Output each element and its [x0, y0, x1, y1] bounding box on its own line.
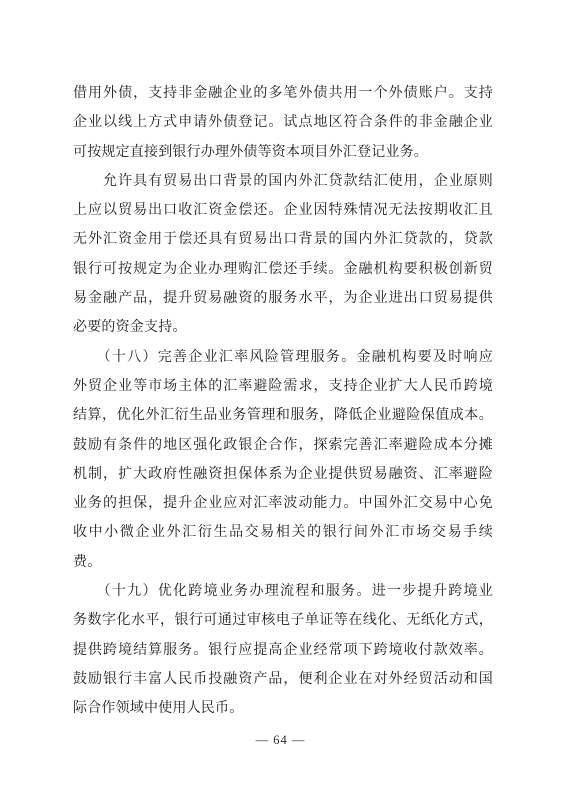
text-line: 鼓励银行丰富人民币投融资产品，便利企业在对外经贸活动和国 [73, 665, 493, 694]
text-line: 际合作领域中使用人民币。 [73, 694, 493, 723]
text-line: 企业以线上方式申请外债登记。试点地区符合条件的非金融企业 [73, 108, 493, 137]
text-line: 借用外债，支持非金融企业的多笔外债共用一个外债账户。支持 [73, 79, 493, 108]
document-page: 借用外债，支持非金融企业的多笔外债共用一个外债账户。支持企业以线上方式申请外债登… [0, 0, 561, 793]
text-line: 费。 [73, 548, 493, 577]
text-line: （十九）优化跨境业务办理流程和服务。进一步提升跨境业 [73, 577, 493, 606]
text-line: 可按规定直接到银行办理外债等资本项目外汇登记业务。 [73, 138, 493, 167]
text-line: 银行可按规定为企业办理购汇偿还手续。金融机构要积极创新贸 [73, 255, 493, 284]
text-line: 必要的资金支持。 [73, 313, 493, 342]
text-line: 提供跨境结算服务。银行应提高企业经常项下跨境收付款效率。 [73, 636, 493, 665]
document-body: 借用外债，支持非金融企业的多笔外债共用一个外债账户。支持企业以线上方式申请外债登… [73, 79, 493, 724]
text-line: 业务的担保，提升企业应对汇率波动能力。中国外汇交易中心免 [73, 489, 493, 518]
text-line: （十八）完善企业汇率风险管理服务。金融机构要及时响应 [73, 343, 493, 372]
text-line: 外贸企业等市场主体的汇率避险需求，支持企业扩大人民币跨境 [73, 372, 493, 401]
text-line: 务数字化水平，银行可通过审核电子单证等在线化、无纸化方式， [73, 606, 493, 635]
text-line: 机制，扩大政府性融资担保体系为企业提供贸易融资、汇率避险 [73, 460, 493, 489]
text-line: 结算，优化外汇衍生品业务管理和服务，降低企业避险保值成本。 [73, 401, 493, 430]
page-number: — 64 — [0, 731, 561, 749]
text-line: 允许具有贸易出口背景的国内外汇贷款结汇使用，企业原则 [73, 167, 493, 196]
text-line: 收中小微企业外汇衍生品交易相关的银行间外汇市场交易手续 [73, 518, 493, 547]
text-line: 上应以贸易出口收汇资金偿还。企业因特殊情况无法按期收汇且 [73, 196, 493, 225]
text-line: 鼓励有条件的地区强化政银企合作，探索完善汇率避险成本分摊 [73, 431, 493, 460]
text-line: 无外汇资金用于偿还具有贸易出口背景的国内外汇贷款的，贷款 [73, 225, 493, 254]
text-line: 易金融产品，提升贸易融资的服务水平，为企业进出口贸易提供 [73, 284, 493, 313]
